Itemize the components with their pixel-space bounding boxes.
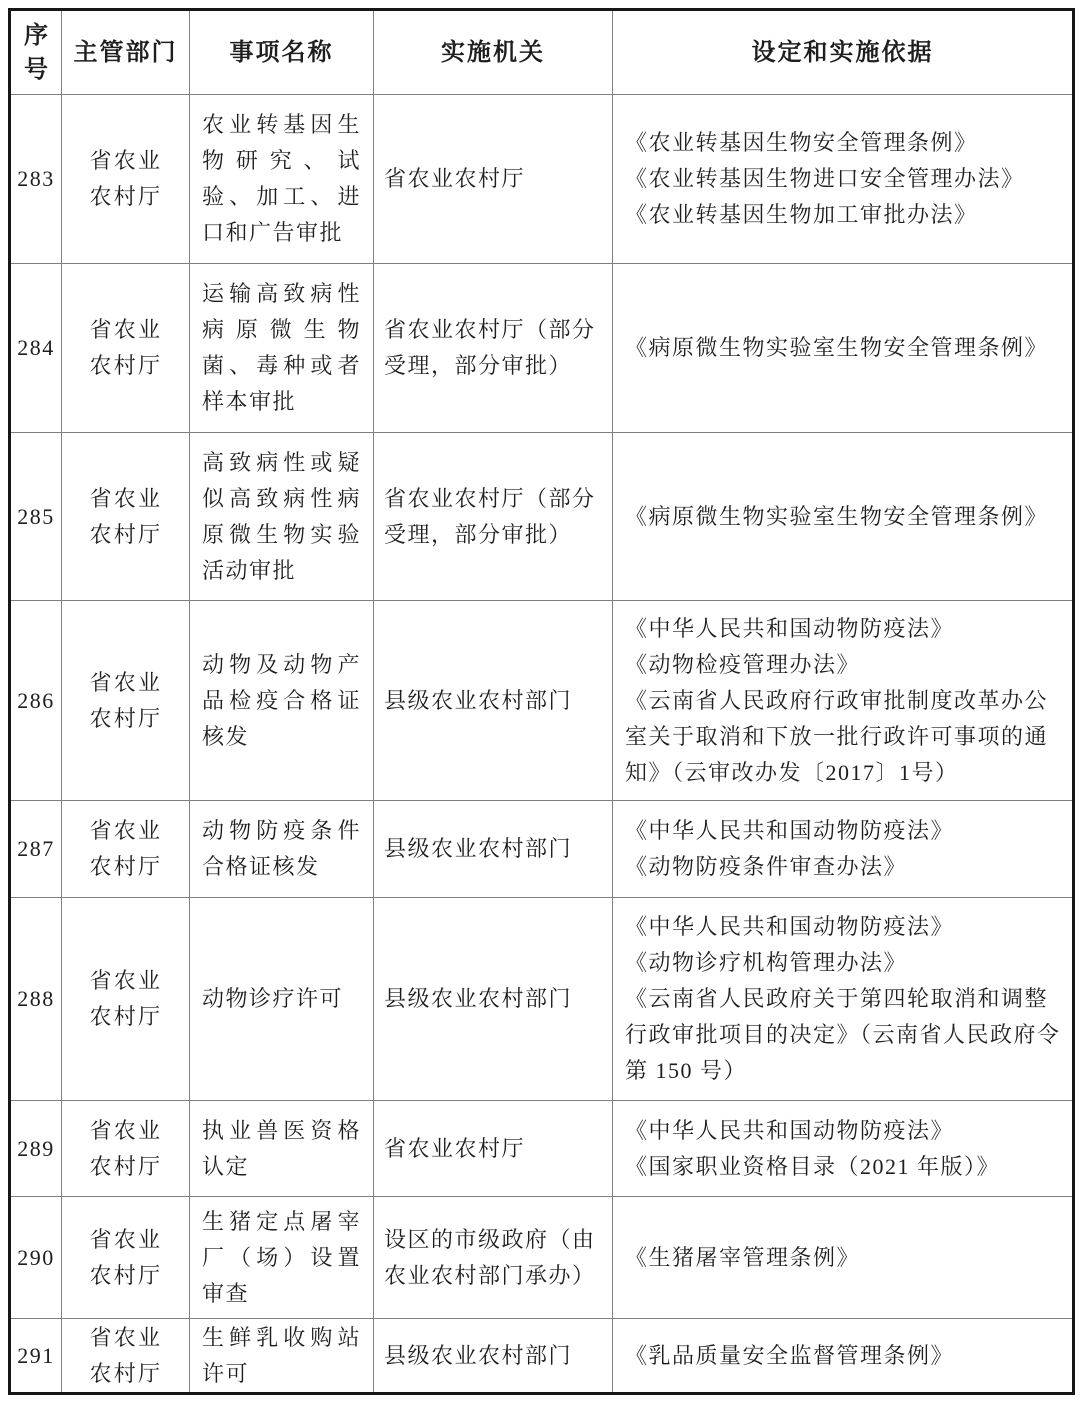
item-name-cell: 动物防疫条件合格证核发 <box>190 801 374 898</box>
table-row-287: 287 省农业农村厅 动物防疫条件合格证核发 县级农业农村部门 《中华人民共和国… <box>10 801 1074 898</box>
basis-line: 《中华人民共和国动物防疫法》 <box>625 611 1064 647</box>
item-name-cell: 动物及动物产品检疫合格证核发 <box>190 601 374 801</box>
agency-cell: 省农业农村厅 <box>374 95 613 264</box>
department-cell: 省农业农村厅 <box>62 433 190 601</box>
basis-cell: 《病原微生物实验室生物安全管理条例》 <box>613 264 1074 433</box>
table-row-283: 283 省农业农村厅 农业转基因生物研究、试验、加工、进口和广告审批 省农业农村… <box>10 95 1074 264</box>
table-row-289: 289 省农业农村厅 执业兽医资格认定 省农业农村厅 《中华人民共和国动物防疫法… <box>10 1101 1074 1197</box>
serial-cell: 287 <box>10 801 62 898</box>
serial-cell: 290 <box>10 1197 62 1319</box>
basis-cell: 《中华人民共和国动物防疫法》 《动物防疫条件审查办法》 <box>613 801 1074 898</box>
item-name-cell: 运输高致病性病原微生物菌、毒种或者样本审批 <box>190 264 374 433</box>
basis-line: 《病原微生物实验室生物安全管理条例》 <box>625 499 1064 535</box>
header-implementing-agency: 实施机关 <box>374 10 613 95</box>
basis-line: 《生猪屠宰管理条例》 <box>625 1240 1064 1276</box>
department-cell: 省农业农村厅 <box>62 601 190 801</box>
basis-line: 《云南省人民政府关于第四轮取消和调整行政审批项目的决定》（云南省人民政府令第 1… <box>625 981 1064 1089</box>
basis-line: 《农业转基因生物安全管理条例》 <box>625 125 1064 161</box>
document-page: 序号 主管部门 事项名称 实施机关 设定和实施依据 283 省农业农村厅 农业转… <box>0 0 1080 1401</box>
department-text: 省农业农村厅 <box>90 963 162 1035</box>
item-name-cell: 生鲜乳收购站许可 <box>190 1319 374 1394</box>
table-row-290: 290 省农业农村厅 生猪定点屠宰厂（场）设置审查 设区的市级政府（由农业农村部… <box>10 1197 1074 1319</box>
department-text: 省农业农村厅 <box>90 481 162 553</box>
header-department: 主管部门 <box>62 10 190 95</box>
agency-cell: 县级农业农村部门 <box>374 801 613 898</box>
basis-cell: 《农业转基因生物安全管理条例》 《农业转基因生物进口安全管理办法》 《农业转基因… <box>613 95 1074 264</box>
agency-cell: 设区的市级政府（由农业农村部门承办） <box>374 1197 613 1319</box>
department-text: 省农业农村厅 <box>90 1222 162 1294</box>
basis-line: 《农业转基因生物加工审批办法》 <box>625 197 1064 233</box>
agency-cell: 省农业农村厅 <box>374 1101 613 1197</box>
basis-cell: 《病原微生物实验室生物安全管理条例》 <box>613 433 1074 601</box>
table-row-284: 284 省农业农村厅 运输高致病性病原微生物菌、毒种或者样本审批 省农业农村厅（… <box>10 264 1074 433</box>
department-text: 省农业农村厅 <box>90 1320 162 1392</box>
table-row-285: 285 省农业农村厅 高致病性或疑似高致病性病原微生物实验活动审批 省农业农村厅… <box>10 433 1074 601</box>
basis-line: 《病原微生物实验室生物安全管理条例》 <box>625 330 1064 366</box>
department-cell: 省农业农村厅 <box>62 801 190 898</box>
basis-cell: 《乳品质量安全监督管理条例》 <box>613 1319 1074 1394</box>
department-cell: 省农业农村厅 <box>62 95 190 264</box>
serial-cell: 283 <box>10 95 62 264</box>
header-legal-basis: 设定和实施依据 <box>613 10 1074 95</box>
basis-cell: 《中华人民共和国动物防疫法》 《动物诊疗机构管理办法》 《云南省人民政府关于第四… <box>613 898 1074 1101</box>
department-cell: 省农业农村厅 <box>62 264 190 433</box>
header-item-name: 事项名称 <box>190 10 374 95</box>
header-row: 序号 主管部门 事项名称 实施机关 设定和实施依据 <box>10 10 1074 95</box>
basis-cell: 《中华人民共和国动物防疫法》 《国家职业资格目录（2021 年版）》 <box>613 1101 1074 1197</box>
department-text: 省农业农村厅 <box>90 665 162 737</box>
serial-cell: 286 <box>10 601 62 801</box>
agency-cell: 县级农业农村部门 <box>374 898 613 1101</box>
item-name-cell: 执业兽医资格认定 <box>190 1101 374 1197</box>
serial-cell: 285 <box>10 433 62 601</box>
department-text: 省农业农村厅 <box>90 143 162 215</box>
basis-line: 《农业转基因生物进口安全管理办法》 <box>625 161 1064 197</box>
basis-line: 《中华人民共和国动物防疫法》 <box>625 1113 1064 1149</box>
agency-cell: 县级农业农村部门 <box>374 1319 613 1394</box>
item-name-cell: 高致病性或疑似高致病性病原微生物实验活动审批 <box>190 433 374 601</box>
approval-items-table: 序号 主管部门 事项名称 实施机关 设定和实施依据 283 省农业农村厅 农业转… <box>8 8 1075 1395</box>
agency-cell: 省农业农村厅（部分受理，部分审批） <box>374 264 613 433</box>
item-name-cell: 农业转基因生物研究、试验、加工、进口和广告审批 <box>190 95 374 264</box>
table-row-286: 286 省农业农村厅 动物及动物产品检疫合格证核发 县级农业农村部门 《中华人民… <box>10 601 1074 801</box>
header-serial-number-label: 序号 <box>22 19 51 87</box>
basis-line: 《动物诊疗机构管理办法》 <box>625 945 1064 981</box>
basis-line: 《动物检疫管理办法》 <box>625 647 1064 683</box>
basis-line: 《中华人民共和国动物防疫法》 <box>625 813 1064 849</box>
department-cell: 省农业农村厅 <box>62 1101 190 1197</box>
serial-cell: 291 <box>10 1319 62 1394</box>
department-text: 省农业农村厅 <box>90 1113 162 1185</box>
basis-line: 《云南省人民政府行政审批制度改革办公室关于取消和下放一批行政许可事项的通知》（云… <box>625 683 1064 791</box>
basis-line: 《国家职业资格目录（2021 年版）》 <box>625 1149 1064 1185</box>
basis-line: 《动物防疫条件审查办法》 <box>625 849 1064 885</box>
department-cell: 省农业农村厅 <box>62 898 190 1101</box>
table-row-291: 291 省农业农村厅 生鲜乳收购站许可 县级农业农村部门 《乳品质量安全监督管理… <box>10 1319 1074 1394</box>
basis-line: 《乳品质量安全监督管理条例》 <box>625 1338 1064 1374</box>
agency-cell: 县级农业农村部门 <box>374 601 613 801</box>
serial-cell: 289 <box>10 1101 62 1197</box>
table-row-288: 288 省农业农村厅 动物诊疗许可 县级农业农村部门 《中华人民共和国动物防疫法… <box>10 898 1074 1101</box>
header-serial-number: 序号 <box>10 10 62 95</box>
department-cell: 省农业农村厅 <box>62 1197 190 1319</box>
item-name-cell: 生猪定点屠宰厂（场）设置审查 <box>190 1197 374 1319</box>
basis-cell: 《中华人民共和国动物防疫法》 《动物检疫管理办法》 《云南省人民政府行政审批制度… <box>613 601 1074 801</box>
basis-line: 《中华人民共和国动物防疫法》 <box>625 909 1064 945</box>
serial-cell: 284 <box>10 264 62 433</box>
department-text: 省农业农村厅 <box>90 312 162 384</box>
department-text: 省农业农村厅 <box>90 813 162 885</box>
department-cell: 省农业农村厅 <box>62 1319 190 1394</box>
item-name-cell: 动物诊疗许可 <box>190 898 374 1101</box>
agency-cell: 省农业农村厅（部分受理，部分审批） <box>374 433 613 601</box>
basis-cell: 《生猪屠宰管理条例》 <box>613 1197 1074 1319</box>
serial-cell: 288 <box>10 898 62 1101</box>
